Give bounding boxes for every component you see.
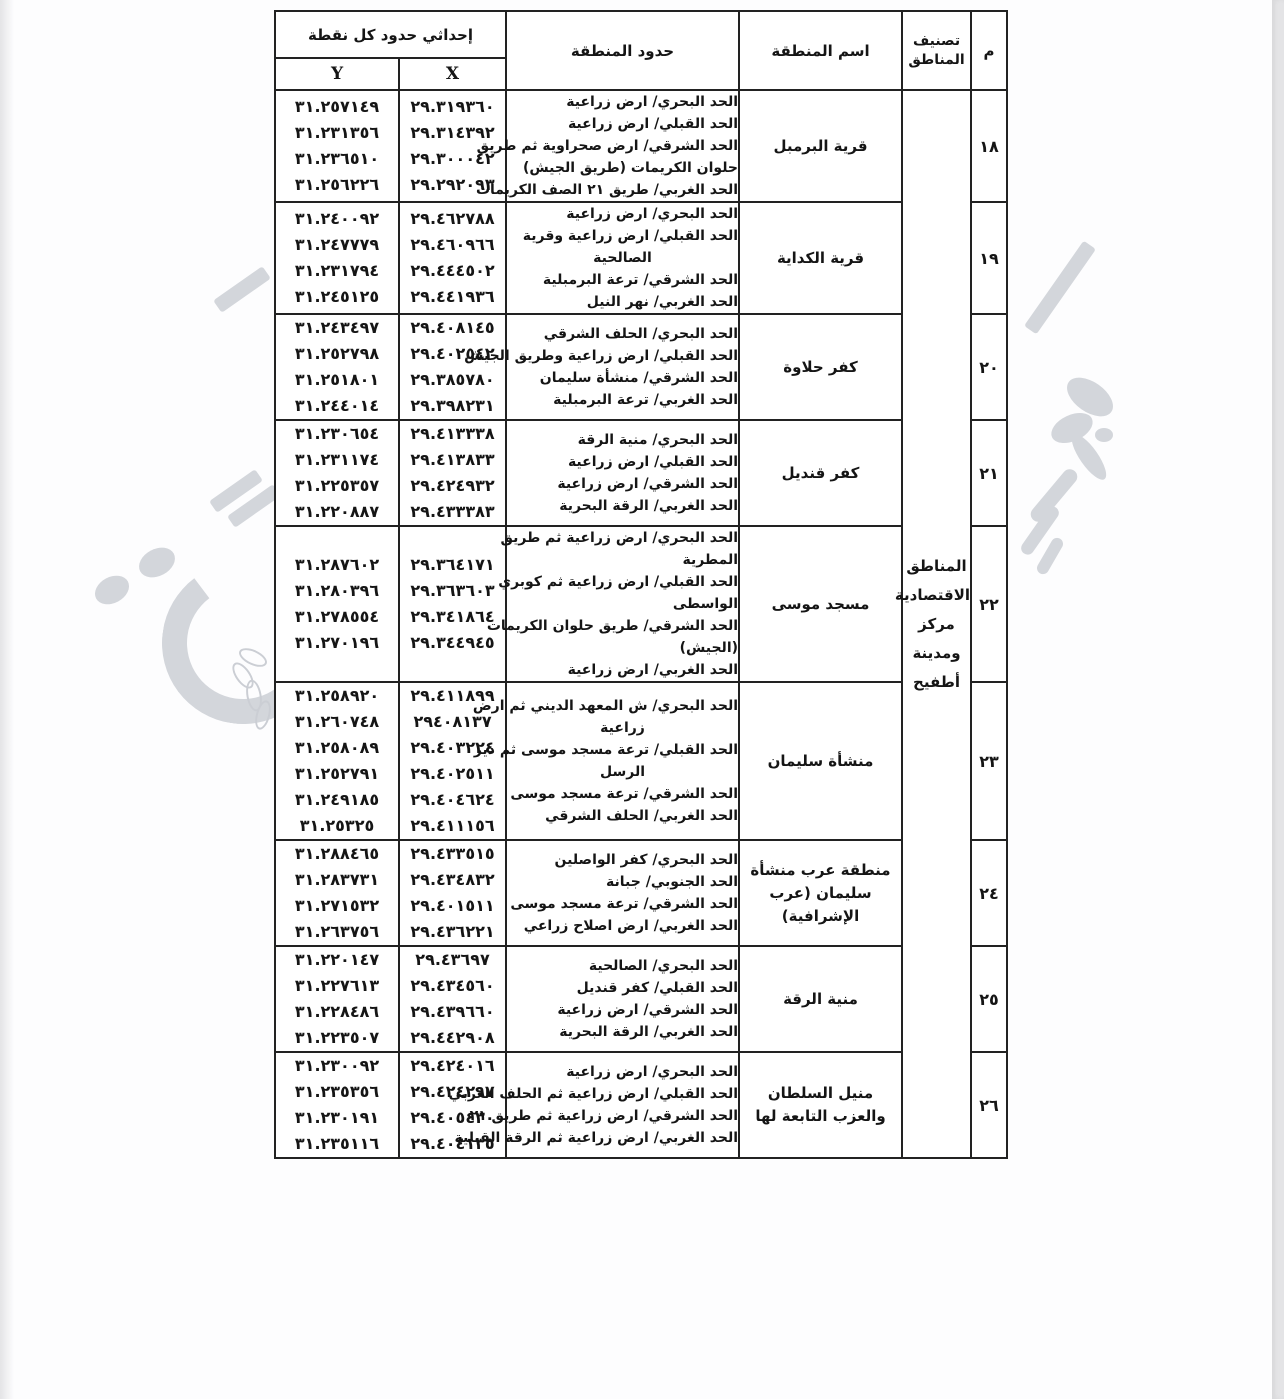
y-coordinate-value: ٣١.٢٤٠٠٩٢ (276, 206, 398, 232)
area-name-text: مسجد موسى (740, 593, 901, 616)
boundary-line: الحد الشرقي/ ترعة البرمبلية (507, 269, 738, 291)
y-values: ٣١.٢٥٨٩٢٠٣١.٢٦٠٧٤٨٣١.٢٥٨٠٨٩٣١.٢٥٢٧٩١٣١.٢… (276, 683, 398, 839)
boundary-line: زراعية (507, 717, 738, 739)
x-coordinate-value: ٢٩.٤٢٤٠١٦ (400, 1053, 505, 1079)
boundary-line: الحد الغربي/ الحلف الشرقي (507, 805, 738, 827)
boundary-line: الحد الشرقي/ ترعة مسجد موسى (507, 893, 738, 915)
boundary-line: الحد البحري/ ارض زراعية (507, 91, 738, 113)
area-name-text: منطقة عرب منشأة سليمان (عرب الإشرافية) (740, 859, 901, 928)
x-coordinate-value: ٢٩.٤٠٢٥٤٢ (400, 341, 505, 367)
area-boundaries-cell: الحد البحري/ ارض زراعيةالحد القبلي/ ارض … (506, 90, 739, 202)
x-values-cell: ٢٩.٤٣٣٥١٥٢٩.٤٣٤٨٣٢٢٩.٤٠١٥١١٢٩.٤٣٦٢٢١ (399, 840, 506, 946)
x-coordinate-value: ٢٩.٤٠٤٦٢٤ (400, 787, 505, 813)
scanned-document-page: { "header": { "coords_group": "إحداثي حد… (0, 0, 1284, 1399)
boundary-line: الحد القبلي/ ارض زراعية وقرية (507, 225, 738, 247)
boundary-line: الحد الغربي/ ارض اصلاح زراعي (507, 915, 738, 937)
scan-edge-left (0, 0, 14, 1399)
classification-line: مركز (903, 610, 970, 639)
y-coordinate-value: ٣١.٢٥٨٠٨٩ (276, 735, 398, 761)
area-name-text: منشأة سليمان (740, 750, 901, 773)
area-name-cell: كفر حلاوة (739, 314, 902, 420)
y-coordinate-value: ٣١.٢٤٤٠١٤ (276, 393, 398, 419)
x-coordinate-value: ٢٩.٤١٣٨٣٣ (400, 447, 505, 473)
row-number-cell: ٢٥ (971, 946, 1007, 1052)
y-coordinate-value: ٣١.٢٥٦٢٢٦ (276, 172, 398, 198)
boundary-line: الحد الغربي/ ترعة البرمبلية (507, 389, 738, 411)
table-body: ١٨المناطقالاقتصاديةمركزومدينةأطفيحقرية ا… (275, 90, 1007, 1158)
x-values: ٢٩.٤٦٢٧٨٨٢٩.٤٦٠٩٦٦٢٩.٤٤٤٥٠٢٢٩.٤٤١٩٣٦ (400, 206, 505, 310)
boundary-line: الحد الغربي/ الرقة البحرية (507, 495, 738, 517)
area-boundaries-cell: الحد البحري/ الحلف الشرقيالحد القبلي/ ار… (506, 314, 739, 420)
zones-table-sheet: م تصنيف المناطق اسم المنطقة حدود المنطقة… (274, 10, 1008, 1159)
boundaries-lines: الحد البحري/ ش المعهد الديني ثم ارضزراعي… (507, 695, 738, 827)
x-coordinate-value: ٢٩.٤٦٠٩٦٦ (400, 232, 505, 258)
area-boundaries-cell: الحد البحري/ منية الرقةالحد القبلي/ ارض … (506, 420, 739, 526)
y-coordinate-value: ٣١.٢٨٠٣٩٦ (276, 578, 398, 604)
x-values-cell: ٢٩.٤٦٢٧٨٨٢٩.٤٦٠٩٦٦٢٩.٤٤٤٥٠٢٢٩.٤٤١٩٣٦ (399, 202, 506, 314)
classification-line: الاقتصادية (903, 581, 970, 610)
boundary-line: المطرية (507, 549, 738, 571)
x-values: ٢٩.٤١٣٣٣٨٢٩.٤١٣٨٣٣٢٩.٤٢٤٩٣٢٢٩.٤٣٣٣٨٣ (400, 421, 505, 525)
x-coordinate-value: ٢٩.٤٣٩٦٦٠ (400, 999, 505, 1025)
area-name-cell: كفر قنديل (739, 420, 902, 526)
zones-coordinates-table: م تصنيف المناطق اسم المنطقة حدود المنطقة… (274, 10, 1008, 1159)
row-number-cell: ١٨ (971, 90, 1007, 202)
y-coordinate-value: ٣١.٢٢٨٤٨٦ (276, 999, 398, 1025)
header-classification: تصنيف المناطق (902, 11, 971, 90)
table-row: ٢٠كفر حلاوةالحد البحري/ الحلف الشرقيالحد… (275, 314, 1007, 420)
area-name-text: منية الرقة (740, 988, 901, 1011)
y-values-cell: ٣١.٢٣٠٦٥٤٣١.٢٣١١٧٤٣١.٢٢٥٣٥٧٣١.٢٢٠٨٨٧ (275, 420, 399, 526)
y-coordinate-value: ٣١.٢٥٢٧٩٨ (276, 341, 398, 367)
boundary-line: الحد البحري/ الحلف الشرقي (507, 323, 738, 345)
y-coordinate-value: ٣١.٢٣١١٧٤ (276, 447, 398, 473)
y-values: ٣١.٢٣٠٦٥٤٣١.٢٣١١٧٤٣١.٢٢٥٣٥٧٣١.٢٢٠٨٨٧ (276, 421, 398, 525)
boundary-line: الحد الغربي/ ارض زراعية (507, 659, 738, 681)
x-coordinate-value: ٢٩.٤٤١٩٣٦ (400, 284, 505, 310)
y-coordinate-value: ٣١.٢٣٠٦٥٤ (276, 421, 398, 447)
area-name-cell: منية الرقة (739, 946, 902, 1052)
y-coordinate-value: ٣١.٢٣٥٣٥٦ (276, 1079, 398, 1105)
boundary-line: الحد الشرقي/ ترعة مسجد موسى (507, 783, 738, 805)
boundary-line: الحد الغربي/ طريق ٢١ الصف الكريمات (507, 179, 738, 201)
x-coordinate-value: ٢٩.٤١١١٥٦ (400, 813, 505, 839)
x-coordinate-value: ٢٩.٤٢٤٢٩٧ (400, 1079, 505, 1105)
area-name-text: قرية الكداية (740, 247, 901, 270)
watermark-calligraphy (1095, 428, 1113, 442)
boundary-line: الحد البحري/ منية الرقة (507, 429, 738, 451)
y-coordinate-value: ٣١.٢٤٣٤٩٧ (276, 315, 398, 341)
area-name-cell: مسجد موسى (739, 526, 902, 682)
y-coordinate-value: ٣١.٢٥١٨٠١ (276, 367, 398, 393)
x-coordinate-value: ٢٩.٤٤٢٩٠٨ (400, 1025, 505, 1051)
boundary-line: الحد الغربي/ نهر النيل (507, 291, 738, 313)
y-coordinate-value: ٣١.٢٣٦٥١٠ (276, 146, 398, 172)
y-coordinate-value: ٣١.٢٥٧١٤٩ (276, 94, 398, 120)
x-coordinate-value: ٢٩.٤٣٣٣٨٣ (400, 499, 505, 525)
header-number: م (971, 11, 1007, 90)
y-coordinate-value: ٣١.٢٧١٥٣٢ (276, 893, 398, 919)
boundary-line: الحد القبلي/ ترعة مسجد موسى ثم دير (507, 739, 738, 761)
x-values: ٢٩.٤٠٨١٤٥٢٩.٤٠٢٥٤٢٢٩.٣٨٥٧٨٠٢٩.٣٩٨٢٣١ (400, 315, 505, 419)
watermark-stroke (213, 266, 271, 313)
x-coordinate-value: ٢٩.٤٠٣٢٢٤ (400, 735, 505, 761)
x-values-cell: ٢٩.٤٢٤٠١٦٢٩.٤٢٤٢٩٧٢٩.٤٠٥٤٣٠٢٩.٤٠٤١٣٥ (399, 1052, 506, 1158)
classification-line: أطفيح (903, 668, 970, 697)
boundary-line: الحد الغربي/ ارض زراعية ثم الرقة القبلية (507, 1127, 738, 1149)
watermark-stroke (1024, 241, 1096, 335)
boundaries-lines: الحد البحري/ منية الرقةالحد القبلي/ ارض … (507, 429, 738, 517)
classification-cell: المناطقالاقتصاديةمركزومدينةأطفيح (902, 90, 971, 1158)
x-coordinate-value: ٢٩.٤٦٢٧٨٨ (400, 206, 505, 232)
area-name-text: كفر حلاوة (740, 356, 901, 379)
y-coordinate-value: ٣١.٢٥٢٧٩١ (276, 761, 398, 787)
x-values-cell: ٢٩.٤٣٦٩٧٢٩.٤٣٤٥٦٠٢٩.٤٣٩٦٦٠٢٩.٤٤٢٩٠٨ (399, 946, 506, 1052)
classification-line: المناطق (903, 552, 970, 581)
x-coordinate-value: ٢٩.٤٣٦٢٢١ (400, 919, 505, 945)
x-values: ٢٩.٣٦٤١٧١٢٩.٣٦٣٦٠٣٢٩.٣٤١٨٦٤٢٩.٣٤٤٩٤٥ (400, 552, 505, 656)
y-coordinate-value: ٣١.٢٦٠٧٤٨ (276, 709, 398, 735)
y-values: ٣١.٢٢٠١٤٧٣١.٢٢٧٦١٣٣١.٢٢٨٤٨٦٣١.٢٢٣٥٠٧ (276, 947, 398, 1051)
boundary-line: الحد القبلي/ ارض زراعية ثم الحلف الغربي (507, 1083, 738, 1105)
row-number-cell: ٢٠ (971, 314, 1007, 420)
y-coordinate-value: ٣١.٢٦٣٧٥٦ (276, 919, 398, 945)
x-coordinate-value: ٢٩.٣١٩٣٦٠ (400, 94, 505, 120)
boundary-line: (الجيش) (507, 637, 738, 659)
y-coordinate-value: ٣١.٢٧٠١٩٦ (276, 630, 398, 656)
y-coordinate-value: ٣١.٢٥٨٩٢٠ (276, 683, 398, 709)
area-boundaries-cell: الحد البحري/ ارض زراعيةالحد القبلي/ ارض … (506, 1052, 739, 1158)
area-name-cell: منطقة عرب منشأة سليمان (عرب الإشرافية) (739, 840, 902, 946)
boundary-line: الحد الشرقي/ ارض زراعية (507, 473, 738, 495)
row-number-cell: ٢٦ (971, 1052, 1007, 1158)
boundary-line: الحد البحري/ ش المعهد الديني ثم ارض (507, 695, 738, 717)
y-coordinate-value: ٣١.٢٢٣٥٠٧ (276, 1025, 398, 1051)
y-coordinate-value: ٣١.٢٤٧٧٧٩ (276, 232, 398, 258)
boundaries-lines: الحد البحري/ كفر الواصلينالحد الجنوبي/ ج… (507, 849, 738, 937)
y-values-cell: ٣١.٢٨٧٦٠٢٣١.٢٨٠٣٩٦٣١.٢٧٨٥٥٤٣١.٢٧٠١٩٦ (275, 526, 399, 682)
y-values-cell: ٣١.٢٥٧١٤٩٣١.٢٣١٣٥٦٣١.٢٣٦٥١٠٣١.٢٥٦٢٢٦ (275, 90, 399, 202)
boundary-line: الحد القبلي/ ارض زراعية (507, 451, 738, 473)
table-row: ٢٤منطقة عرب منشأة سليمان (عرب الإشرافية)… (275, 840, 1007, 946)
area-boundaries-cell: الحد البحري/ الصالحيةالحد القبلي/ كفر قن… (506, 946, 739, 1052)
boundaries-lines: الحد البحري/ ارض زراعية ثم طريقالمطريةال… (507, 527, 738, 681)
watermark-dot (134, 542, 180, 584)
x-coordinate-value: ٢٩.٣٩٨٢٣١ (400, 393, 505, 419)
x-coordinate-value: ٢٩.٣٠٠٠٤٢ (400, 146, 505, 172)
y-coordinate-value: ٣١.٢٣٠١٩١ (276, 1105, 398, 1131)
scan-edge-right (1272, 0, 1284, 1399)
row-number-cell: ١٩ (971, 202, 1007, 314)
y-values: ٣١.٢٣٠٠٩٢٣١.٢٣٥٣٥٦٣١.٢٣٠١٩١٣١.٢٣٥١١٦ (276, 1053, 398, 1157)
row-number-cell: ٢٤ (971, 840, 1007, 946)
x-coordinate-value: ٢٩.٣٤١٨٦٤ (400, 604, 505, 630)
table-row: ١٨المناطقالاقتصاديةمركزومدينةأطفيحقرية ا… (275, 90, 1007, 202)
header-coordinates-group: إحداثي حدود كل نقطة (275, 11, 506, 58)
area-name-cell: منشأة سليمان (739, 682, 902, 840)
y-coordinate-value: ٣١.٢٣٥١١٦ (276, 1131, 398, 1157)
x-coordinate-value: ٢٩.٤١٣٣٣٨ (400, 421, 505, 447)
boundary-line: حلوان الكريمات (طريق الجيش) (507, 157, 738, 179)
x-coordinate-value: ٢٩.٤٠٥٤٣٠ (400, 1105, 505, 1131)
classification-text: المناطقالاقتصاديةمركزومدينةأطفيح (903, 552, 970, 697)
x-values-cell: ٢٩.٤٠٨١٤٥٢٩.٤٠٢٥٤٢٢٩.٣٨٥٧٨٠٢٩.٣٩٨٢٣١ (399, 314, 506, 420)
x-values-cell: ٢٩.٣١٩٣٦٠٢٩.٣١٤٣٩٢٢٩.٣٠٠٠٤٢٢٩.٢٩٢٠٩٣ (399, 90, 506, 202)
row-number-cell: ٢١ (971, 420, 1007, 526)
area-name-text: قرية البرمبل (740, 135, 901, 158)
boundary-line: الحد الشرقي/ طريق حلوان الكريمات (507, 615, 738, 637)
y-values-cell: ٣١.٢٣٠٠٩٢٣١.٢٣٥٣٥٦٣١.٢٣٠١٩١٣١.٢٣٥١١٦ (275, 1052, 399, 1158)
watermark-dot (90, 570, 134, 610)
area-boundaries-cell: الحد البحري/ ارض زراعيةالحد القبلي/ ارض … (506, 202, 739, 314)
boundary-line: الحد الغربي/ الرقة البحرية (507, 1021, 738, 1043)
boundary-line: الرسل (507, 761, 738, 783)
x-coordinate-value: ٢٩.٣٨٥٧٨٠ (400, 367, 505, 393)
y-values-cell: ٣١.٢٤٠٠٩٢٣١.٢٤٧٧٧٩٣١.٢٣١٧٩٤٣١.٢٤٥١٢٥ (275, 202, 399, 314)
y-coordinate-value: ٣١.٢٢٠١٤٧ (276, 947, 398, 973)
y-coordinate-value: ٣١.٢٢٧٦١٣ (276, 973, 398, 999)
y-coordinate-value: ٣١.٢٢٥٣٥٧ (276, 473, 398, 499)
x-values: ٢٩.٤٣٦٩٧٢٩.٤٣٤٥٦٠٢٩.٤٣٩٦٦٠٢٩.٤٤٢٩٠٨ (400, 947, 505, 1051)
x-coordinate-value: ٢٩.٤٤٤٥٠٢ (400, 258, 505, 284)
y-coordinate-value: ٣١.٢٣٠٠٩٢ (276, 1053, 398, 1079)
x-coordinate-value: ٢٩.٣٤٤٩٤٥ (400, 630, 505, 656)
header-y: Y (275, 58, 399, 90)
x-coordinate-value: ٢٩.٤٢٤٩٣٢ (400, 473, 505, 499)
boundaries-lines: الحد البحري/ الحلف الشرقيالحد القبلي/ ار… (507, 323, 738, 411)
x-coordinate-value: ٢٩.٤٠٢٥١١ (400, 761, 505, 787)
table-row: ٢٦منيل السلطان والعزب التابعة لهاالحد ال… (275, 1052, 1007, 1158)
x-coordinate-value: ٢٩٤٠٨١٣٧ (400, 709, 505, 735)
y-values-cell: ٣١.٢٤٣٤٩٧٣١.٢٥٢٧٩٨٣١.٢٥١٨٠١٣١.٢٤٤٠١٤ (275, 314, 399, 420)
x-values: ٢٩.٤٢٤٠١٦٢٩.٤٢٤٢٩٧٢٩.٤٠٥٤٣٠٢٩.٤٠٤١٣٥ (400, 1053, 505, 1157)
row-number-cell: ٢٢ (971, 526, 1007, 682)
area-name-text: منيل السلطان والعزب التابعة لها (740, 1082, 901, 1128)
boundary-line: الحد البحري/ ارض زراعية (507, 1061, 738, 1083)
y-coordinate-value: ٣١.٢٣١٣٥٦ (276, 120, 398, 146)
y-coordinate-value: ٣١.٢٥٣٢٥ (276, 813, 398, 839)
y-coordinate-value: ٣١.٢٨٧٦٠٢ (276, 552, 398, 578)
area-name-cell: منيل السلطان والعزب التابعة لها (739, 1052, 902, 1158)
table-row: ١٩قرية الكدايةالحد البحري/ ارض زراعيةالح… (275, 202, 1007, 314)
y-values-cell: ٣١.٢٨٨٤٦٥٣١.٢٨٣٧٣١٣١.٢٧١٥٣٢٣١.٢٦٣٧٥٦ (275, 840, 399, 946)
header-area-name: اسم المنطقة (739, 11, 902, 90)
boundary-line: الحد البحري/ ارض زراعية (507, 203, 738, 225)
table-header: م تصنيف المناطق اسم المنطقة حدود المنطقة… (275, 11, 1007, 90)
boundary-line: الصالحية (507, 247, 738, 269)
boundary-line: الحد الشرقي/ ارض زراعية ثم طريق ٢١ (507, 1105, 738, 1127)
x-coordinate-value: ٢٩.٤٠٨١٤٥ (400, 315, 505, 341)
x-coordinate-value: ٢٩.٤٣٤٨٣٢ (400, 867, 505, 893)
boundary-line: الحد البحري/ ارض زراعية ثم طريق (507, 527, 738, 549)
area-boundaries-cell: الحد البحري/ كفر الواصلينالحد الجنوبي/ ج… (506, 840, 739, 946)
y-coordinate-value: ٣١.٢٤٩١٨٥ (276, 787, 398, 813)
boundary-line: الحد القبلي/ ارض زراعية ثم كوبري (507, 571, 738, 593)
x-values: ٢٩.٤١١٨٩٩٢٩٤٠٨١٣٧٢٩.٤٠٣٢٢٤٢٩.٤٠٢٥١١٢٩.٤٠… (400, 683, 505, 839)
area-boundaries-cell: الحد البحري/ ش المعهد الديني ثم ارضزراعي… (506, 682, 739, 840)
y-coordinate-value: ٣١.٢٢٠٨٨٧ (276, 499, 398, 525)
x-values: ٢٩.٣١٩٣٦٠٢٩.٣١٤٣٩٢٢٩.٣٠٠٠٤٢٢٩.٢٩٢٠٩٣ (400, 94, 505, 198)
y-values: ٣١.٢٤٠٠٩٢٣١.٢٤٧٧٧٩٣١.٢٣١٧٩٤٣١.٢٤٥١٢٥ (276, 206, 398, 310)
boundaries-lines: الحد البحري/ ارض زراعيةالحد القبلي/ ارض … (507, 203, 738, 313)
y-coordinate-value: ٣١.٢٣١٧٩٤ (276, 258, 398, 284)
y-coordinate-value: ٣١.٢٨٣٧٣١ (276, 867, 398, 893)
table-row: ٢٣منشأة سليمانالحد البحري/ ش المعهد الدي… (275, 682, 1007, 840)
x-values-cell: ٢٩.٣٦٤١٧١٢٩.٣٦٣٦٠٣٢٩.٣٤١٨٦٤٢٩.٣٤٤٩٤٥ (399, 526, 506, 682)
x-coordinate-value: ٢٩.٤٠١٥١١ (400, 893, 505, 919)
boundary-line: الواسطى (507, 593, 738, 615)
boundary-line: الحد الشرقي/ ارض صحراوية ثم طريق (507, 135, 738, 157)
area-name-cell: قرية الكداية (739, 202, 902, 314)
x-coordinate-value: ٢٩.٢٩٢٠٩٣ (400, 172, 505, 198)
boundary-line: الحد القبلي/ ارض زراعية وطريق الجيش (507, 345, 738, 367)
boundaries-lines: الحد البحري/ ارض زراعيةالحد القبلي/ ارض … (507, 1061, 738, 1149)
boundaries-lines: الحد البحري/ الصالحيةالحد القبلي/ كفر قن… (507, 955, 738, 1043)
boundaries-lines: الحد البحري/ ارض زراعيةالحد القبلي/ ارض … (507, 91, 738, 201)
x-values: ٢٩.٤٣٣٥١٥٢٩.٤٣٤٨٣٢٢٩.٤٠١٥١١٢٩.٤٣٦٢٢١ (400, 841, 505, 945)
x-coordinate-value: ٢٩.٤٠٤١٣٥ (400, 1131, 505, 1157)
y-values: ٣١.٢٨٧٦٠٢٣١.٢٨٠٣٩٦٣١.٢٧٨٥٥٤٣١.٢٧٠١٩٦ (276, 552, 398, 656)
boundary-line: الحد الجنوبي/ جبانة (507, 871, 738, 893)
table-row: ٢١كفر قنديلالحد البحري/ منية الرقةالحد ا… (275, 420, 1007, 526)
y-coordinate-value: ٣١.٢٤٥١٢٥ (276, 284, 398, 310)
y-values: ٣١.٢٨٨٤٦٥٣١.٢٨٣٧٣١٣١.٢٧١٥٣٢٣١.٢٦٣٧٥٦ (276, 841, 398, 945)
y-values: ٣١.٢٥٧١٤٩٣١.٢٣١٣٥٦٣١.٢٣٦٥١٠٣١.٢٥٦٢٢٦ (276, 94, 398, 198)
boundary-line: الحد البحري/ الصالحية (507, 955, 738, 977)
y-values-cell: ٣١.٢٥٨٩٢٠٣١.٢٦٠٧٤٨٣١.٢٥٨٠٨٩٣١.٢٥٢٧٩١٣١.٢… (275, 682, 399, 840)
boundary-line: الحد الشرقي/ منشأة سليمان (507, 367, 738, 389)
x-coordinate-value: ٢٩.٤٣٤٥٦٠ (400, 973, 505, 999)
classification-line: ومدينة (903, 639, 970, 668)
x-coordinate-value: ٢٩.٤٣٦٩٧ (400, 947, 505, 973)
x-values-cell: ٢٩.٤١٣٣٣٨٢٩.٤١٣٨٣٣٢٩.٤٢٤٩٣٢٢٩.٤٣٣٣٨٣ (399, 420, 506, 526)
header-area-boundaries: حدود المنطقة (506, 11, 739, 90)
boundary-line: الحد البحري/ كفر الواصلين (507, 849, 738, 871)
table-row: ٢٥منية الرقةالحد البحري/ الصالحيةالحد ال… (275, 946, 1007, 1052)
x-values-cell: ٢٩.٤١١٨٩٩٢٩٤٠٨١٣٧٢٩.٤٠٣٢٢٤٢٩.٤٠٢٥١١٢٩.٤٠… (399, 682, 506, 840)
x-coordinate-value: ٢٩.٣١٤٣٩٢ (400, 120, 505, 146)
boundary-line: الحد الشرقي/ ارض زراعية (507, 999, 738, 1021)
area-boundaries-cell: الحد البحري/ ارض زراعية ثم طريقالمطريةال… (506, 526, 739, 682)
boundary-line: الحد القبلي/ كفر قنديل (507, 977, 738, 999)
y-coordinate-value: ٣١.٢٧٨٥٥٤ (276, 604, 398, 630)
y-values: ٣١.٢٤٣٤٩٧٣١.٢٥٢٧٩٨٣١.٢٥١٨٠١٣١.٢٤٤٠١٤ (276, 315, 398, 419)
boundary-line: الحد القبلي/ ارض زراعية (507, 113, 738, 135)
x-coordinate-value: ٢٩.٣٦٤١٧١ (400, 552, 505, 578)
header-x: X (399, 58, 506, 90)
x-coordinate-value: ٢٩.٤١١٨٩٩ (400, 683, 505, 709)
area-name-cell: قرية البرمبل (739, 90, 902, 202)
area-name-text: كفر قنديل (740, 462, 901, 485)
x-coordinate-value: ٢٩.٤٣٣٥١٥ (400, 841, 505, 867)
y-values-cell: ٣١.٢٢٠١٤٧٣١.٢٢٧٦١٣٣١.٢٢٨٤٨٦٣١.٢٢٣٥٠٧ (275, 946, 399, 1052)
x-coordinate-value: ٢٩.٣٦٣٦٠٣ (400, 578, 505, 604)
row-number-cell: ٢٣ (971, 682, 1007, 840)
y-coordinate-value: ٣١.٢٨٨٤٦٥ (276, 841, 398, 867)
